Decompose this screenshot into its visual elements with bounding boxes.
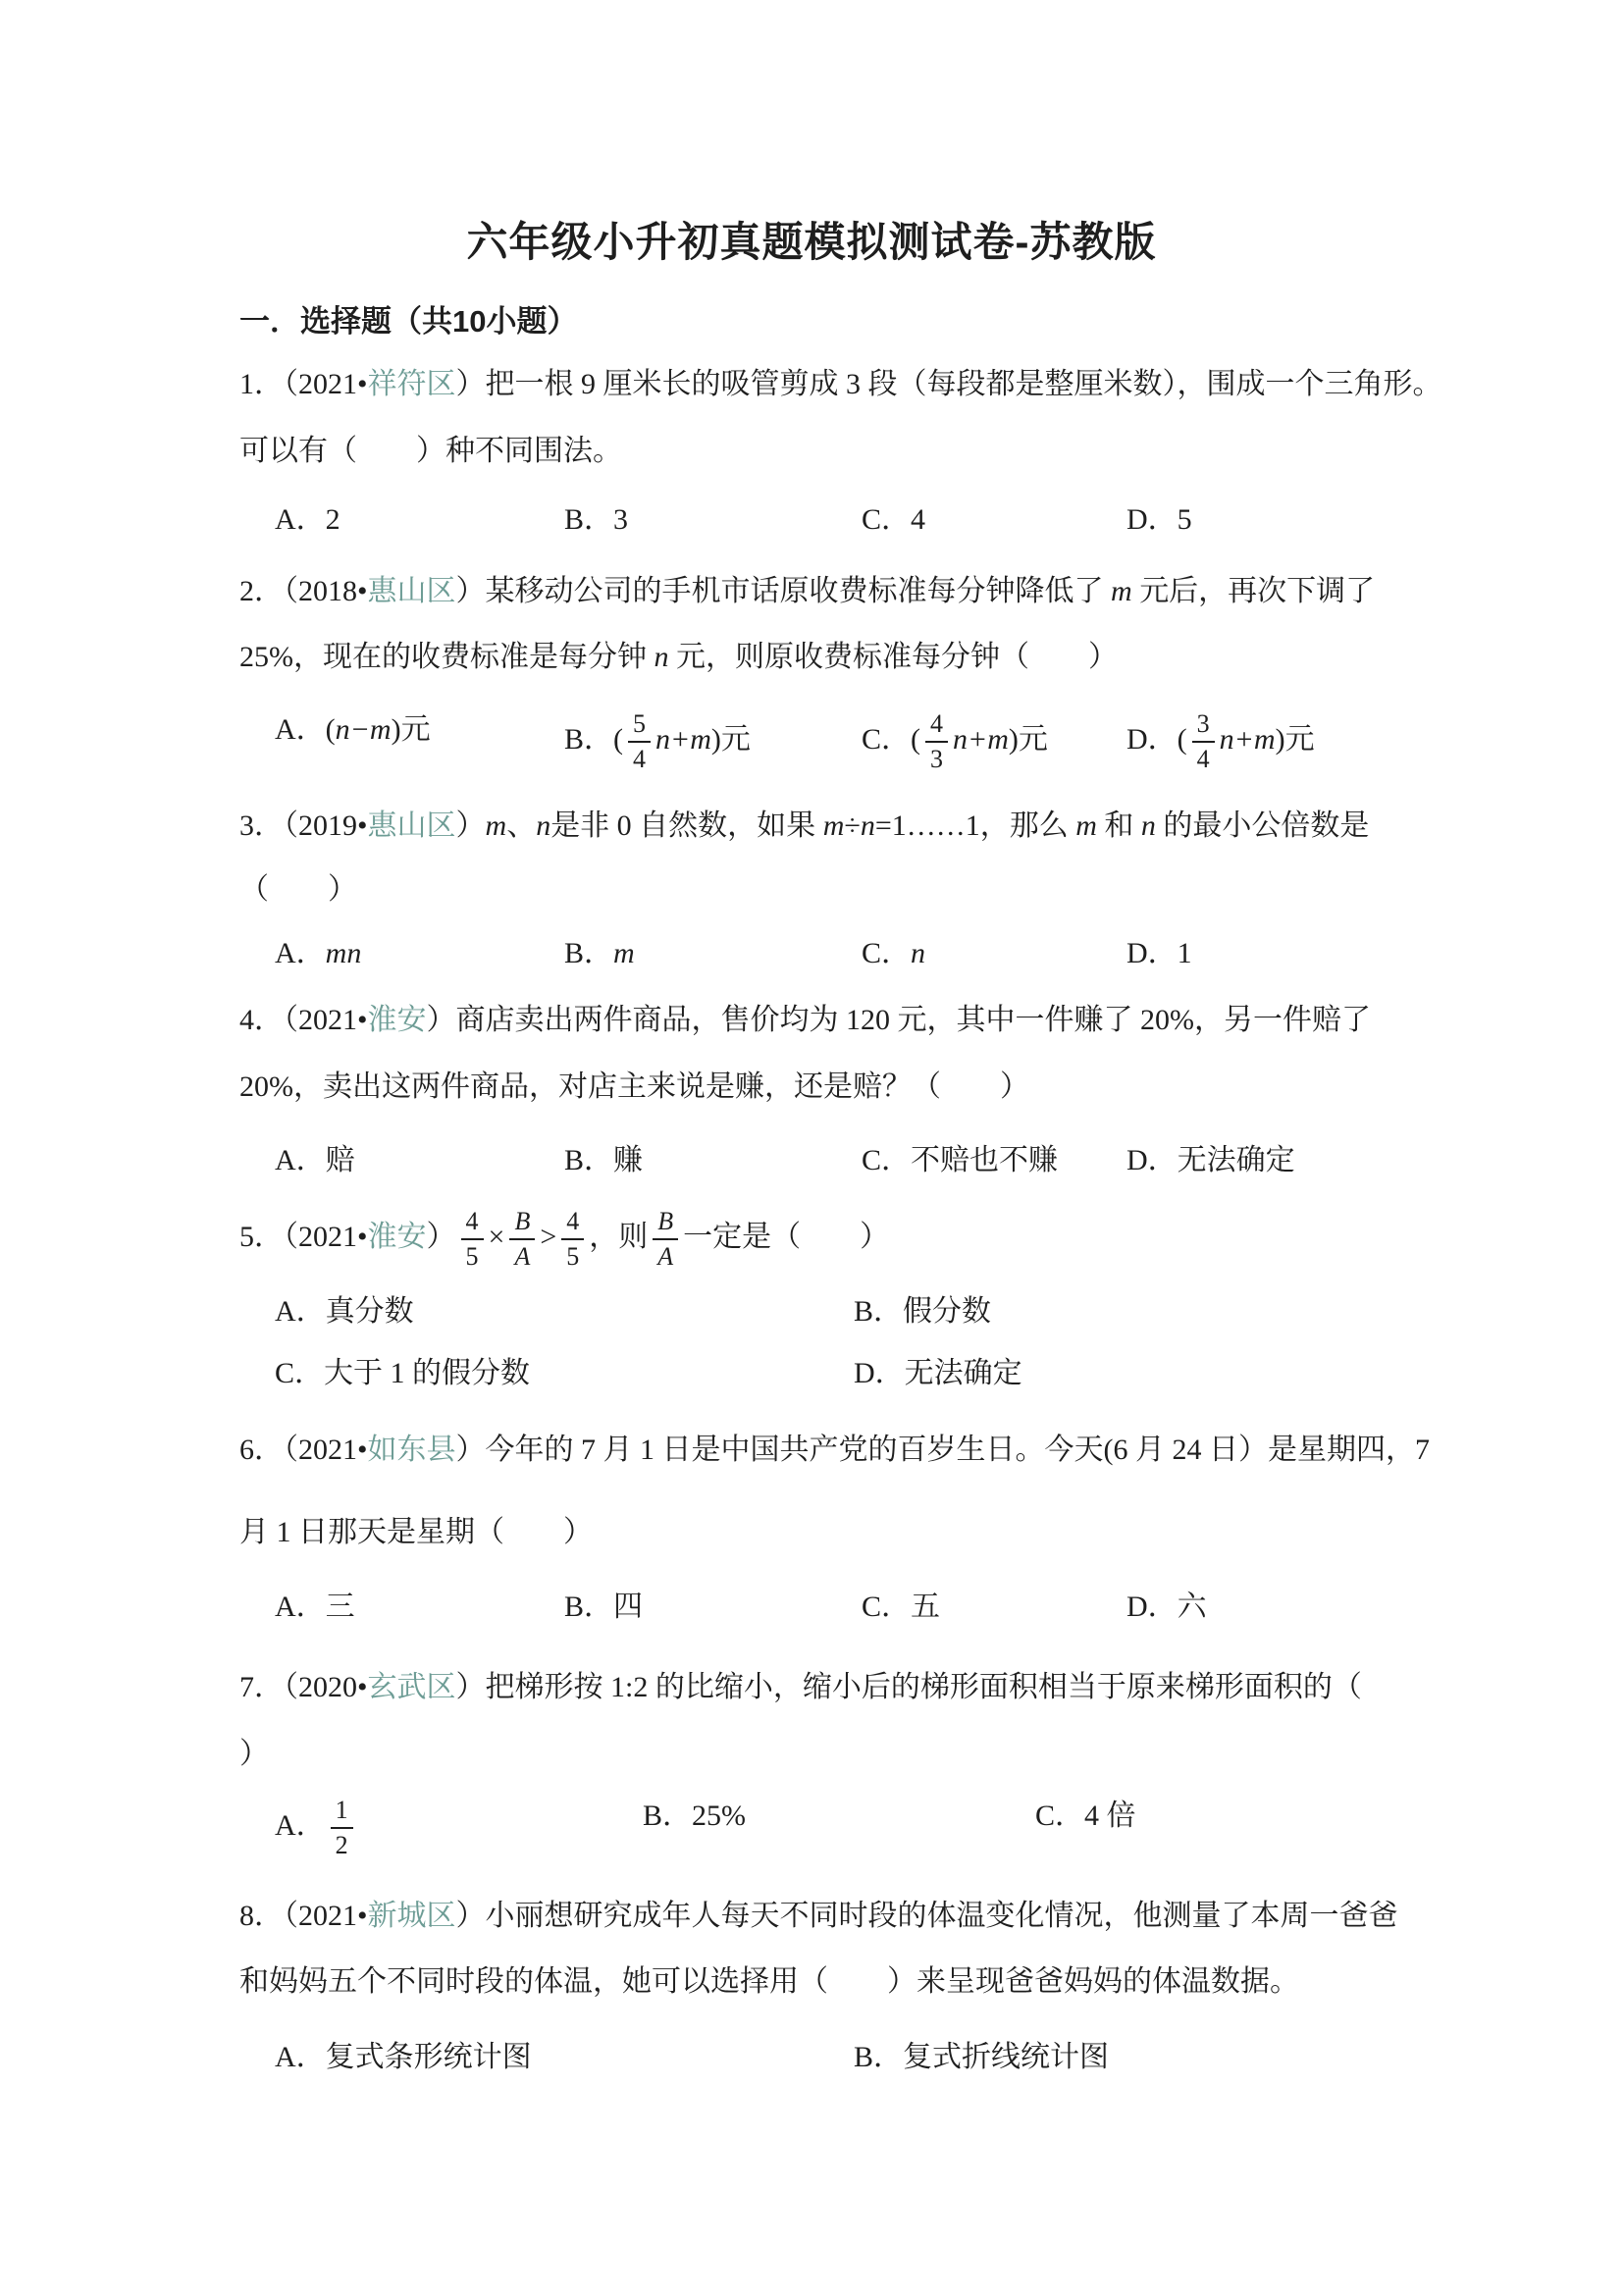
question-4-options: A．赔 B．赚 C．不赔也不赚 D．无法确定 (0, 1142, 1623, 1185)
question-1-options: A．2 B．3 C．4 D．5 (0, 501, 1623, 545)
question-6-line-2: 月 1 日那天是星期（ ） (239, 1514, 593, 1551)
question-1-option-d: D．5 (1126, 501, 1192, 539)
question-3-options: A．mn B．m C．n D．1 (0, 935, 1623, 978)
question-7-options: A．12 B．25% C．4 倍 (0, 1798, 1623, 1876)
question-3-option-a: A．mn (275, 935, 361, 972)
question-4-line-1: 4．（2021•淮安）商店卖出两件商品，售价均为 120 元，其中一件赚了 20… (239, 1002, 1371, 1039)
question-3-option-c: C．n (862, 935, 925, 972)
page-title: 六年级小升初真题模拟测试卷-苏教版 (0, 210, 1623, 269)
question-5-option-a: A．真分数 (275, 1293, 414, 1331)
question-5-options-row-2: C．大于 1 的假分数 D．无法确定 (0, 1355, 1623, 1398)
document-page: 六年级小升初真题模拟测试卷-苏教版 一．选择题（共10小题） 1．（2021•祥… (0, 0, 1623, 2296)
question-4-option-c: C．不赔也不赚 (862, 1142, 1058, 1179)
question-4-option-d: D．无法确定 (1126, 1142, 1295, 1179)
question-2-option-b: B．(54n+m)元 (564, 711, 751, 772)
question-2-line-2: 25%，现在的收费标准是每分钟 n 元，则原收费标准每分钟（ ） (239, 639, 1118, 676)
question-7-line-2: ） (239, 1736, 269, 1773)
question-7-option-a: A．12 (275, 1798, 358, 1858)
question-1-option-b: B．3 (564, 501, 628, 539)
question-1-option-a: A．2 (275, 501, 340, 539)
question-4-option-b: B．赚 (564, 1142, 643, 1179)
question-4-line-2: 20%，卖出这两件商品，对店主来说是赚，还是赔？（ ） (239, 1069, 1029, 1106)
question-7-option-c: C．4 倍 (1035, 1798, 1136, 1835)
question-6-option-d: D．六 (1126, 1589, 1207, 1626)
question-5-options-row-1: A．真分数 B．假分数 (0, 1293, 1623, 1336)
question-2-option-a: A．(n−m)元 (275, 711, 431, 749)
question-3-line-2: （ ） (239, 871, 357, 909)
section-heading: 一．选择题（共10小题） (239, 296, 577, 340)
question-1-line-1: 1．（2021•祥符区）把一根 9 厘米长的吸管剪成 3 段（每段都是整厘米数）… (239, 366, 1442, 403)
question-8-line-2: 和妈妈五个不同时段的体温，她可以选择用（ ）来呈现爸爸妈妈的体温数据。 (239, 1963, 1299, 2001)
question-5-option-d: D．无法确定 (854, 1355, 1022, 1392)
question-8-options: A．复式条形统计图 B．复式折线统计图 (0, 2039, 1623, 2082)
question-6-option-a: A．三 (275, 1589, 355, 1626)
question-7-line-1: 7．（2020•玄武区）把梯形按 1:2 的比缩小，缩小后的梯形面积相当于原来梯… (239, 1669, 1362, 1706)
question-7-option-b: B．25% (643, 1798, 746, 1835)
question-1-line-2: 可以有（ ）种不同围法。 (239, 433, 622, 470)
question-2-option-c: C．(43n+m)元 (862, 711, 1048, 772)
question-8-line-1: 8．（2021•新城区）小丽想研究成年人每天不同时段的体温变化情况，他测量了本周… (239, 1898, 1398, 1935)
question-6-option-c: C．五 (862, 1589, 940, 1626)
question-4-option-a: A．赔 (275, 1142, 355, 1179)
question-1-option-c: C．4 (862, 501, 925, 539)
question-5-option-b: B．假分数 (854, 1293, 991, 1331)
question-6-line-1: 6．（2021•如东县）今年的 7 月 1 日是中国共产党的百岁生日。今天(6 … (239, 1432, 1430, 1469)
question-5-option-c: C．大于 1 的假分数 (275, 1355, 530, 1392)
question-3-line-1: 3．（2019•惠山区）m、n是非 0 自然数，如果 m÷n=1……1，那么 m… (239, 808, 1369, 845)
question-2-options: A．(n−m)元 B．(54n+m)元 C．(43n+m)元 D．(34n+m)… (0, 711, 1623, 790)
question-5-line-1: 5．（2021•淮安）45×BA>45，则BA一定是（ ） (239, 1209, 889, 1270)
question-2-option-d: D．(34n+m)元 (1126, 711, 1315, 772)
question-2-line-1: 2．（2018•惠山区）某移动公司的手机市话原收费标准每分钟降低了 m 元后，再… (239, 573, 1375, 610)
question-8-option-a: A．复式条形统计图 (275, 2039, 532, 2076)
question-3-option-d: D．1 (1126, 935, 1192, 972)
question-8-option-b: B．复式折线统计图 (854, 2039, 1109, 2076)
question-6-option-b: B．四 (564, 1589, 643, 1626)
question-3-option-b: B．m (564, 935, 635, 972)
question-6-options: A．三 B．四 C．五 D．六 (0, 1589, 1623, 1632)
